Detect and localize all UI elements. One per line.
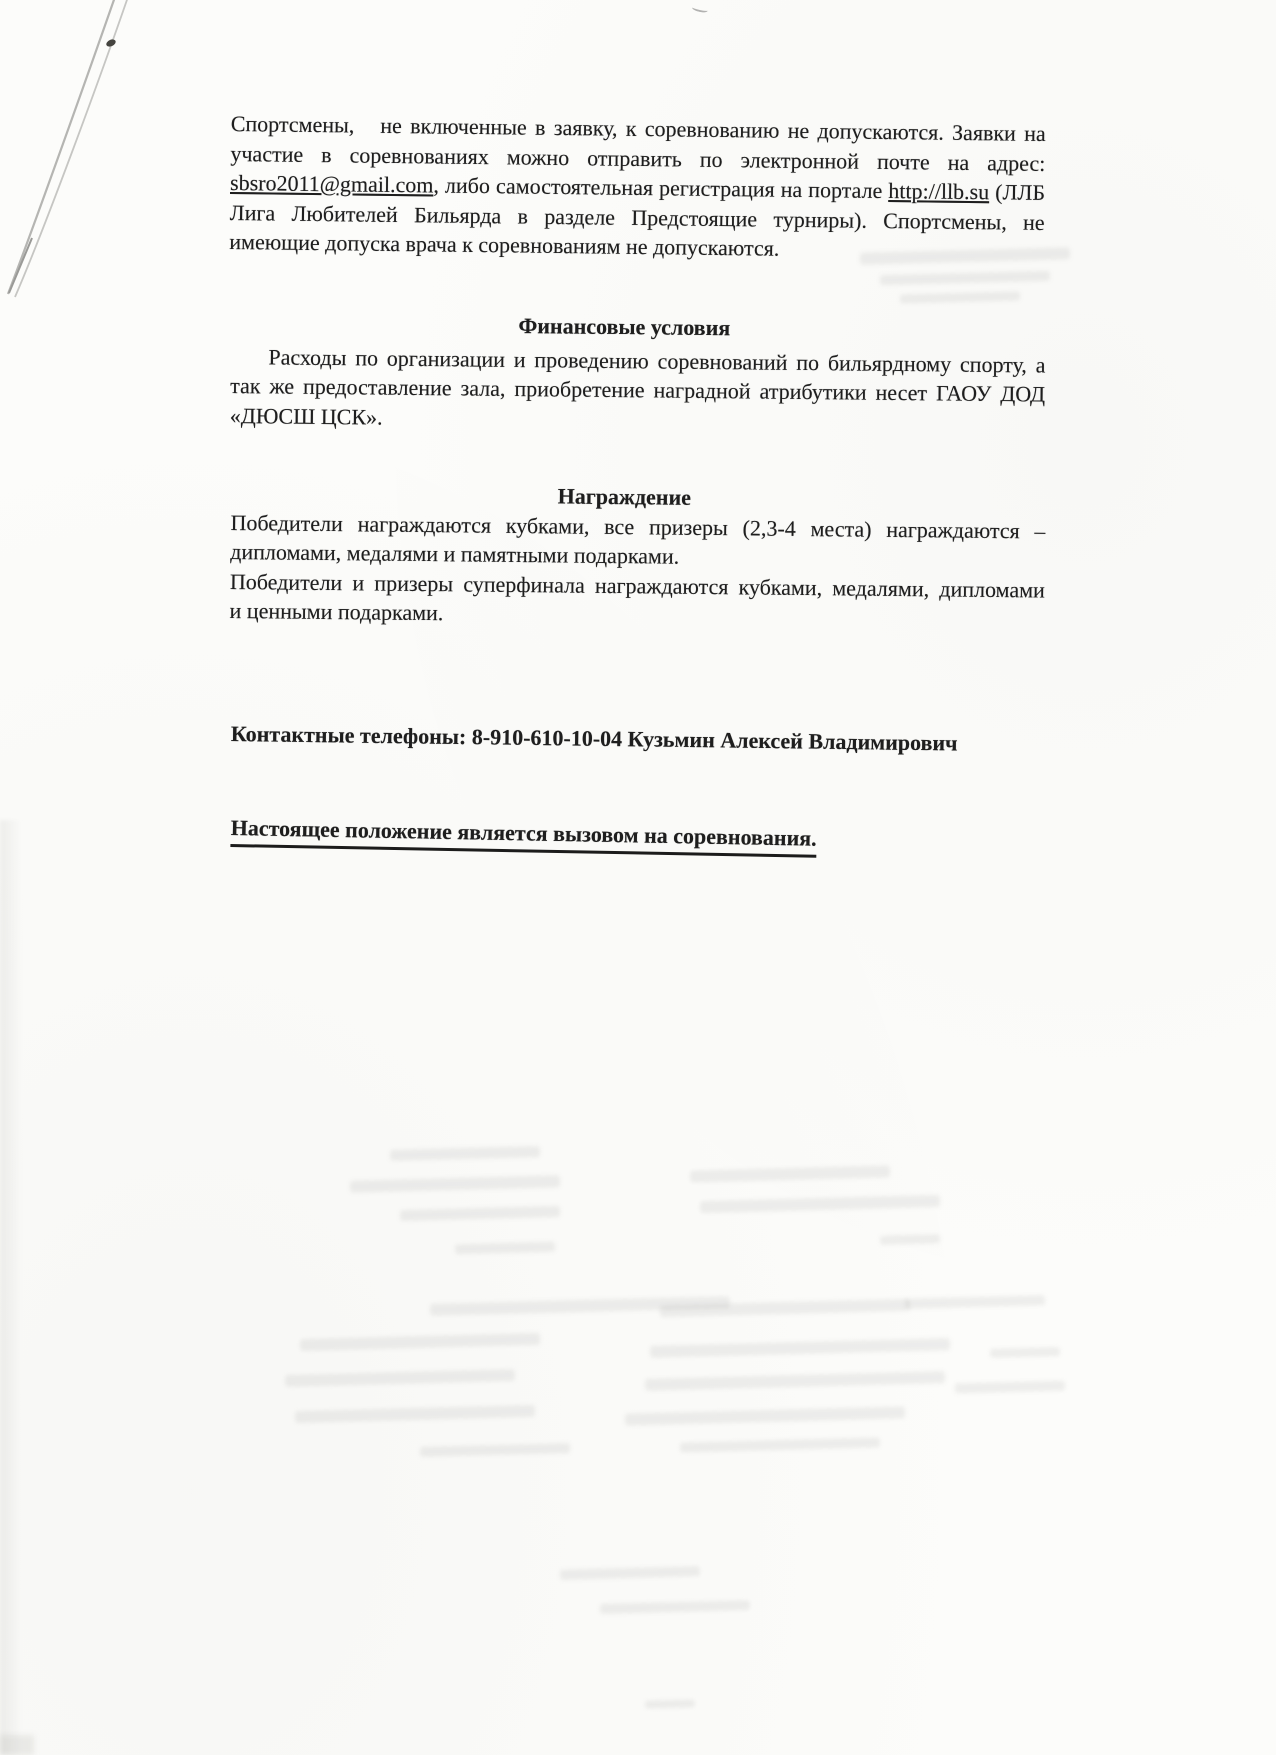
bleedthrough-smudge [645, 1699, 695, 1708]
text-run: Контактные телефоны: 8-910-610-10-04 Куз… [231, 721, 958, 756]
bleedthrough-smudge [905, 1295, 1045, 1309]
text-run: имеющие допуска врача к соревнованиям не… [229, 229, 779, 261]
bleedthrough-smudge [285, 1369, 515, 1387]
bleedthrough-smudge [300, 1333, 540, 1351]
bleedthrough-smudge [900, 291, 1020, 303]
tab-gap [354, 132, 380, 133]
bleedthrough-smudge [390, 1146, 540, 1161]
text-run: «ДЮСШ ЦСК». [230, 402, 383, 429]
bleedthrough-smudge [600, 1600, 750, 1614]
scan-edge-shadow [0, 820, 22, 1755]
text-run: и ценными подарками. [229, 598, 443, 625]
bleedthrough-smudge [700, 1195, 940, 1213]
finance-section: Финансовые условия Расходы по организаци… [230, 308, 1046, 439]
bleedthrough-smudge [350, 1175, 560, 1192]
statement-line: Настоящее положение является вызовом на … [230, 813, 1046, 874]
text-run: Спортсмены, [231, 111, 355, 138]
portal-link[interactable]: http://llb.su [888, 178, 989, 204]
bleedthrough-smudge [645, 1371, 945, 1391]
text-run: , либо самостоятельная регистрация на по… [433, 172, 888, 203]
bleedthrough-smudge [625, 1406, 905, 1425]
text-line: Настоящее положение является вызовом на … [230, 813, 1046, 874]
scan-edge-shadow [0, 1735, 34, 1755]
email-link[interactable]: sbsro2011@gmail.com [230, 170, 434, 197]
intro-paragraph: Спортсмены,не включенные в заявку, к сор… [229, 109, 1046, 266]
bleedthrough-smudge [420, 1443, 570, 1457]
bleedthrough-smudge [680, 1437, 880, 1452]
scan-speck [692, 4, 709, 13]
document-page: Спортсмены,не включенные в заявку, к сор… [0, 0, 1276, 1755]
bleedthrough-smudge [880, 271, 1050, 285]
bleedthrough-smudge [650, 1338, 950, 1358]
heading-text: Финансовые условия [518, 313, 730, 340]
statement-text: Настоящее положение является вызовом на … [230, 815, 817, 858]
bleedthrough-smudge [990, 1347, 1060, 1358]
text-line: Контактные телефоны: 8-910-610-10-04 Куз… [231, 719, 1046, 759]
contacts-line: Контактные телефоны: 8-910-610-10-04 Куз… [231, 719, 1046, 759]
text-run: дипломами, медалями и памятными подаркам… [230, 539, 679, 569]
bleedthrough-smudge [955, 1381, 1065, 1394]
heading-text: Награждение [558, 483, 692, 509]
text-run: (ЛЛБ [989, 179, 1045, 205]
scan-crease-artifact [0, 0, 210, 330]
bleedthrough-smudge [880, 1234, 940, 1245]
awards-section: Награждение Победители награждаются кубк… [229, 478, 1045, 634]
bleedthrough-smudge [400, 1206, 560, 1221]
bleedthrough-smudge [455, 1242, 555, 1255]
text-run: не включенные в заявку, к соревнованию н… [380, 113, 1046, 146]
bleedthrough-smudge [560, 1566, 700, 1580]
bleedthrough-smudge [295, 1405, 535, 1423]
bleedthrough-smudge [690, 1165, 890, 1182]
finance-heading: Финансовые условия [217, 308, 1032, 346]
